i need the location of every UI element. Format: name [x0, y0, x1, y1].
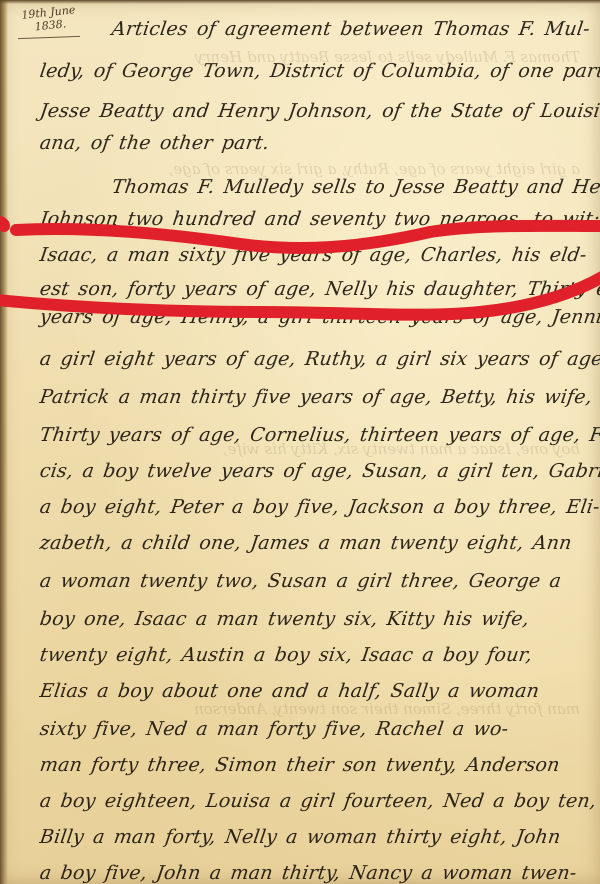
manuscript-line: a boy eight, Peter a boy five, Jackson a…	[38, 496, 595, 518]
manuscript-line: Isaac, a man sixty five years of age, Ch…	[38, 244, 595, 266]
manuscript-line: Johnson two hundred and seventy two negr…	[38, 208, 595, 230]
manuscript-line: years of age, Henny, a girl thirteen yea…	[38, 306, 595, 328]
date-underline	[18, 36, 80, 39]
manuscript-page: Thomas F. Mulledy sells to Jesse Beatty …	[0, 0, 600, 884]
bleed-through-text: man forty three, Simon their son twenty,…	[60, 700, 580, 718]
manuscript-line: a boy five, John a man thirty, Nancy a w…	[38, 862, 595, 884]
manuscript-line: boy one, Isaac a man twenty six, Kitty h…	[38, 608, 595, 630]
manuscript-line: sixty five, Ned a man forty five, Rachel…	[38, 718, 595, 740]
manuscript-line: twenty eight, Austin a boy six, Isaac a …	[38, 644, 595, 666]
manuscript-line: ledy, of George Town, District of Columb…	[38, 60, 595, 82]
page-top-edge	[0, 0, 600, 4]
date-note: 19th June 1838.	[21, 3, 78, 35]
manuscript-line: Billy a man forty, Nelly a woman thirty …	[38, 826, 595, 848]
manuscript-line: a boy eighteen, Louisa a girl fourteen, …	[38, 790, 595, 812]
manuscript-line: ana, of the other part.	[38, 132, 595, 154]
manuscript-line: Articles of agreement between Thomas F. …	[110, 18, 595, 40]
manuscript-line: Thirty years of age, Cornelius, thirteen…	[38, 424, 595, 446]
manuscript-line: Elias a boy about one and a half, Sally …	[38, 680, 595, 702]
manuscript-line: Jesse Beatty and Henry Johnson, of the S…	[38, 100, 595, 122]
manuscript-line: Thomas F. Mulledy sells to Jesse Beatty …	[110, 176, 595, 198]
manuscript-line: man forty three, Simon their son twenty,…	[38, 754, 595, 776]
manuscript-line: Patrick a man thirty five years of age, …	[38, 386, 595, 408]
manuscript-line: a woman twenty two, Susan a girl three, …	[38, 570, 595, 592]
manuscript-line: cis, a boy twelve years of age, Susan, a…	[38, 460, 595, 482]
manuscript-line: a girl eight years of age, Ruthy, a girl…	[38, 348, 595, 370]
page-left-edge	[0, 0, 8, 884]
manuscript-line: zabeth, a child one, James a man twenty …	[38, 532, 595, 554]
manuscript-line: est son, forty years of age, Nelly his d…	[38, 278, 595, 300]
